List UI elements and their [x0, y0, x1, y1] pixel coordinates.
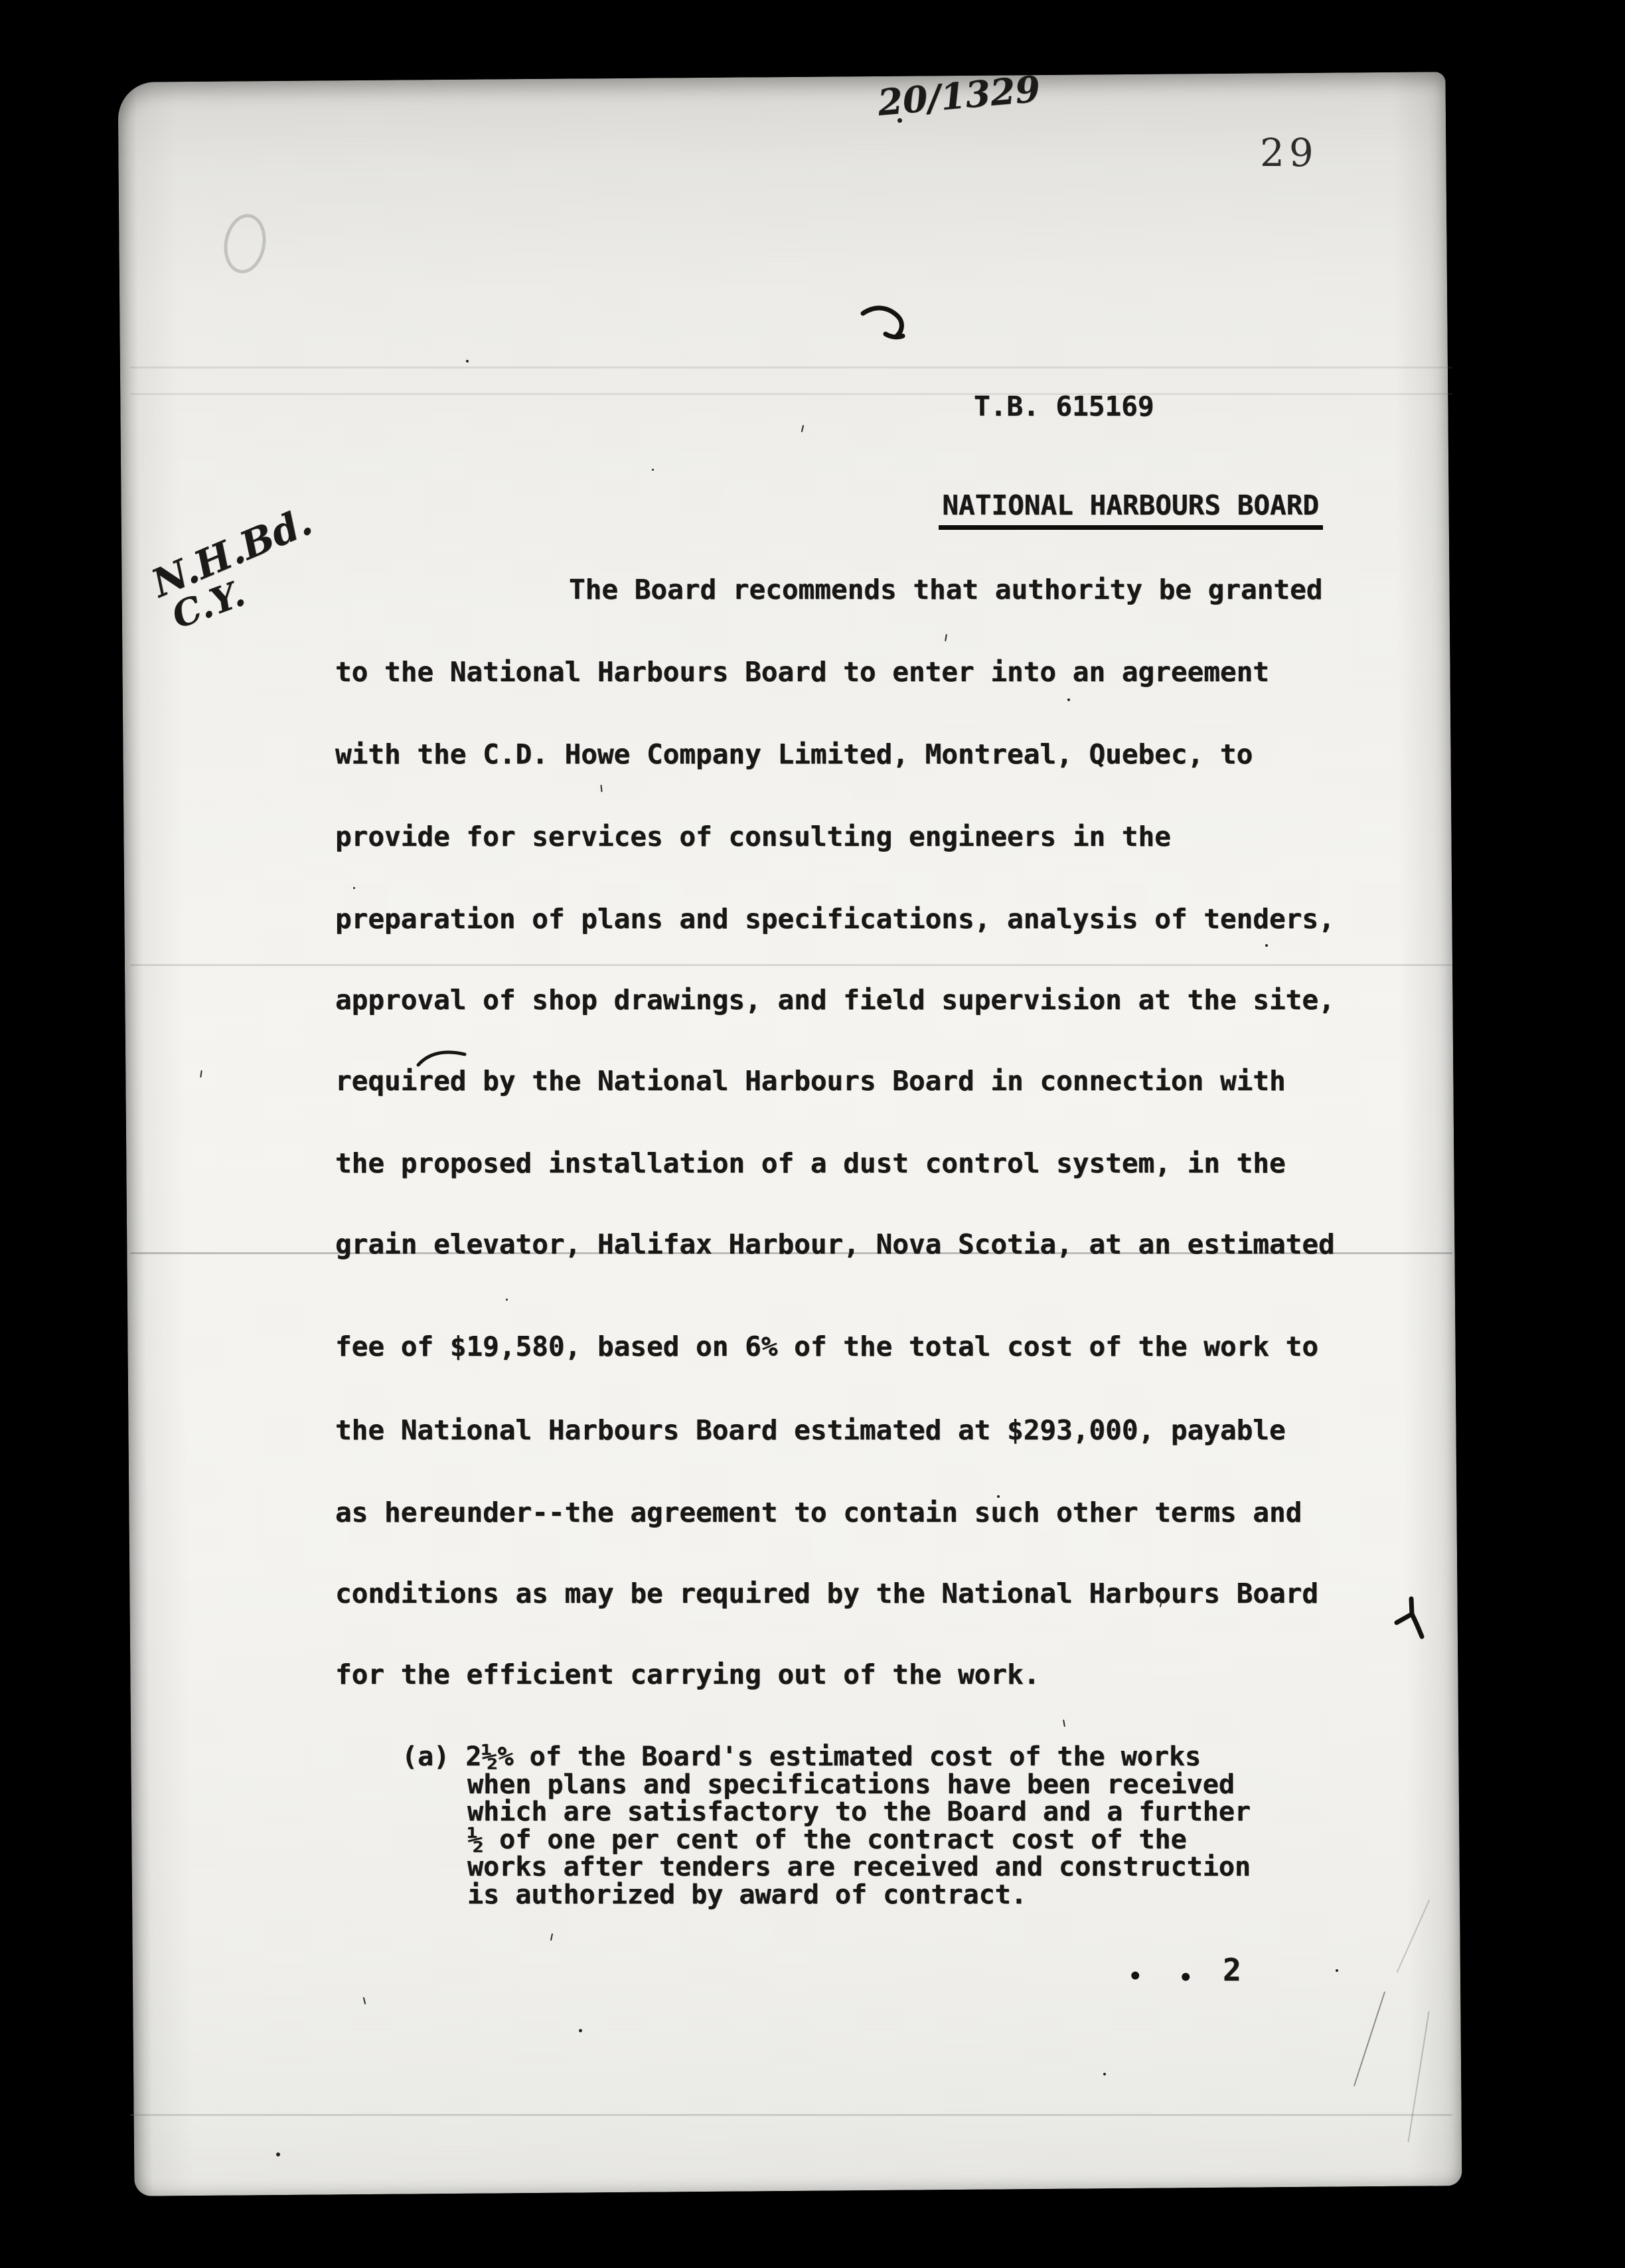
body-line: required by the National Harbours Board …: [335, 1068, 1286, 1095]
body-line: to the National Harbours Board to enter …: [335, 659, 1269, 686]
speck: [506, 1299, 508, 1301]
speck: [1265, 944, 1268, 947]
reference-number: T.B. 615169: [974, 393, 1154, 420]
body-line: for the efficient carrying out of the wo…: [335, 1661, 1040, 1688]
page-number: 29: [1260, 130, 1318, 175]
speck: [353, 887, 355, 889]
body-line: grain elevator, Halifax Harbour, Nova Sc…: [335, 1231, 1335, 1258]
clause-line: works after tenders are received and con…: [467, 1854, 1251, 1880]
speck: [997, 1495, 1000, 1498]
document-title-text: NATIONAL HARBOURS BOARD: [939, 492, 1323, 530]
body-line: with the C.D. Howe Company Limited, Mont…: [335, 741, 1253, 768]
body-line: The Board recommends that authority be g…: [569, 576, 1322, 604]
continuation-dot: •: [1179, 1967, 1192, 1989]
clause-line: ½ of one per cent of the contract cost o…: [467, 1826, 1187, 1853]
ink-check-mark: [1391, 1596, 1431, 1643]
clause-line: (a) 2½% of the Board's estimated cost of…: [402, 1743, 1201, 1770]
continuation-dot: •: [1128, 1965, 1142, 1988]
body-line: fee of $19,580, based on 6% of the total…: [335, 1333, 1318, 1360]
ink-swoosh-mark: [860, 303, 916, 345]
next-page-number: 2: [1223, 1955, 1241, 1985]
clause-line: when plans and specifications have been …: [467, 1771, 1235, 1798]
speck: [1336, 1969, 1338, 1972]
speck: [1067, 698, 1070, 701]
body-line: conditions as may be required by the Nat…: [335, 1580, 1318, 1607]
speck: [897, 118, 902, 123]
clause-line: is authorized by award of contract.: [467, 1882, 1027, 1908]
body-line: approval of shop drawings, and field sup…: [335, 987, 1335, 1014]
speck: [579, 2029, 582, 2032]
body-line: provide for services of consulting engin…: [335, 823, 1171, 850]
document-title: NATIONAL HARBOURS BOARD: [909, 465, 1323, 530]
speck: [765, 1790, 767, 1792]
speck: [652, 469, 654, 471]
body-line: the National Harbours Board estimated at…: [335, 1417, 1286, 1444]
clause-line: which are satisfactory to the Board and …: [467, 1799, 1251, 1825]
speck: [466, 360, 469, 363]
body-line: the proposed installation of a dust cont…: [335, 1150, 1286, 1177]
body-line: as hereunder--the agreement to contain s…: [335, 1499, 1302, 1526]
speck: [276, 2152, 280, 2156]
body-line: preparation of plans and specifications,…: [335, 906, 1335, 933]
pen-stroke-mark: [416, 1048, 467, 1068]
speck: [1103, 2073, 1106, 2075]
